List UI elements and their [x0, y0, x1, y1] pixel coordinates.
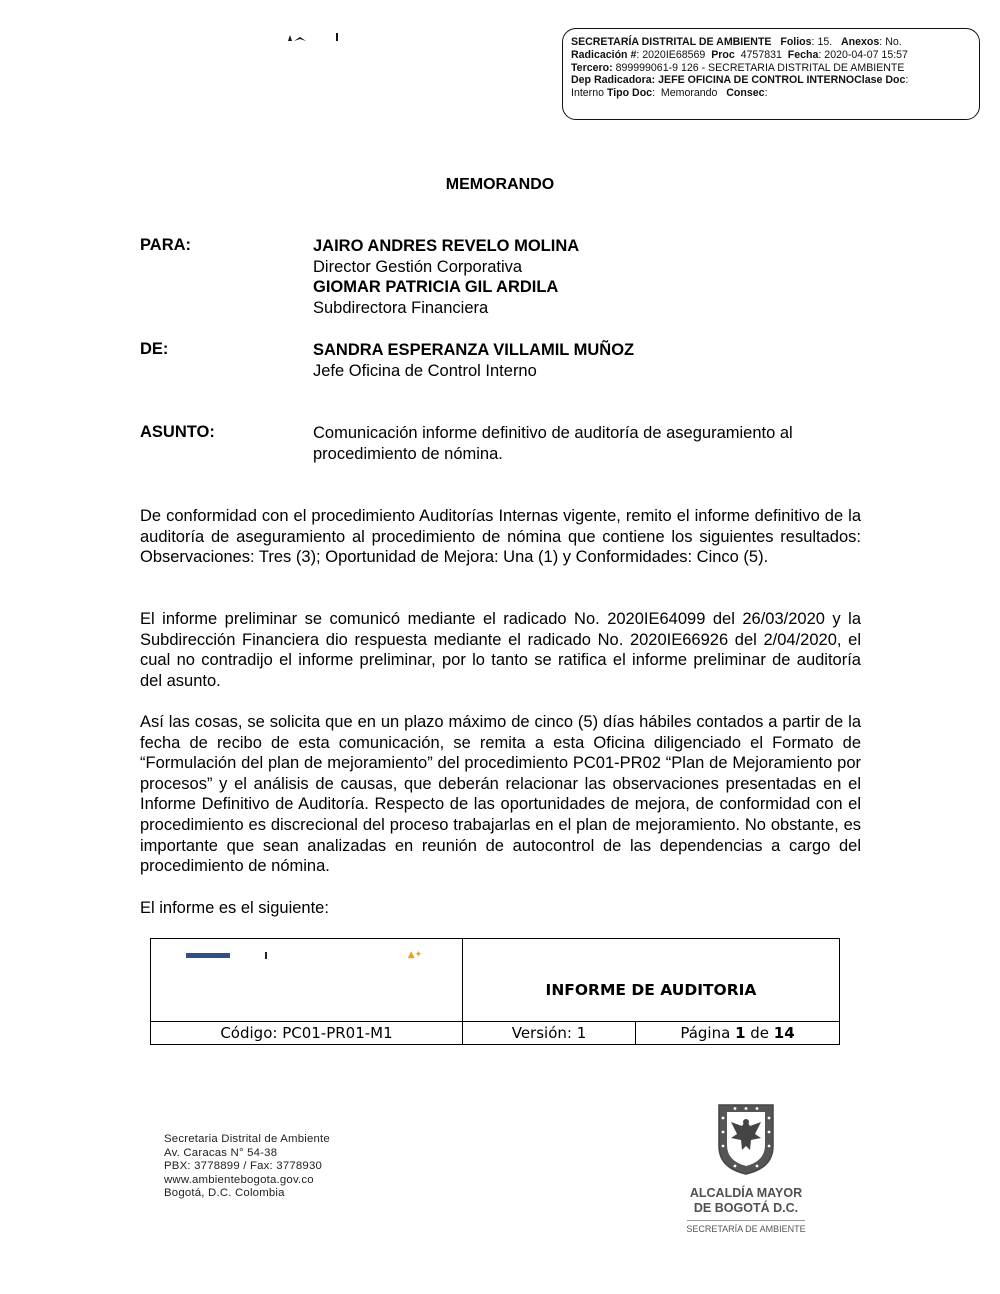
- stamp-fecha-value: 2020-04-07 15:57: [824, 49, 908, 61]
- memo-title: MEMORANDO: [0, 176, 1000, 194]
- logo-line-1: ALCALDÍA MAYOR DE BOGOTÁ D.C.: [676, 1186, 816, 1216]
- stamp-fecha-label: Fecha: [788, 49, 819, 61]
- footer-address-line: Bogotá, D.C. Colombia: [164, 1187, 330, 1201]
- recipient-role: Director Gestión Corporativa: [313, 257, 579, 278]
- sender-name: SANDRA ESPERANZA VILLAMIL MUÑOZ: [313, 340, 634, 361]
- stamp-dep-value: JEFE OFICINA DE CONTROL INTERNO: [658, 74, 854, 86]
- report-logo-gold-icon: ▲✦: [405, 952, 425, 959]
- logo-secretaria-text: SECRETARÍA DE AMBIENTE: [676, 1224, 816, 1234]
- asunto-text: Comunicación informe definitivo de audit…: [313, 423, 853, 464]
- de-label: DE:: [140, 340, 168, 359]
- stamp-folios-value: 15.: [817, 36, 832, 48]
- alcaldia-logo: ALCALDÍA MAYOR DE BOGOTÁ D.C. SECRETARÍA…: [676, 1102, 816, 1234]
- stamp-clase-label: Clase Doc: [854, 74, 905, 86]
- stamp-tipo-label: Tipo Doc: [607, 87, 652, 99]
- logo-divider: [687, 1220, 805, 1221]
- stamp-anexos-value: No.: [885, 36, 902, 48]
- stamp-consec-label: Consec: [726, 87, 764, 99]
- stamp-tercero-value: 899999061-9 126 - SECRETARIA DISTRITAL D…: [616, 62, 905, 74]
- pagina-total: 14: [774, 1024, 795, 1042]
- footer-address-line: Secretaria Distrital de Ambiente: [164, 1133, 330, 1147]
- stamp-proc-value: 4757831: [741, 49, 782, 61]
- asunto-label: ASUNTO:: [140, 423, 215, 442]
- footer-address-line: PBX: 3778899 / Fax: 3778930: [164, 1160, 330, 1174]
- recipient-name: JAIRO ANDRES REVELO MOLINA: [313, 236, 579, 257]
- stamp-folios-label: Folios: [780, 36, 811, 48]
- stamp-anexos-label: Anexos: [841, 36, 879, 48]
- pagina-current: 1: [735, 1024, 745, 1042]
- stamp-proc-label: Proc: [711, 49, 735, 61]
- pagina-mid: de: [746, 1024, 774, 1042]
- stamp-radicacion-label: Radicación #: [571, 49, 636, 61]
- report-logo-bar-icon: [265, 952, 267, 959]
- report-header-table: ▲✦ INFORME DE AUDITORIA Código: PC01-PR0…: [150, 938, 840, 1045]
- recipients-block: JAIRO ANDRES REVELO MOLINA Director Gest…: [313, 236, 579, 318]
- report-title: INFORME DE AUDITORIA: [463, 939, 840, 1022]
- stamp-clase-value: Interno: [571, 87, 604, 99]
- report-pagina: Página 1 de 14: [636, 1022, 840, 1045]
- para-label: PARA:: [140, 236, 191, 255]
- report-logo-cell: ▲✦: [151, 939, 463, 1022]
- footer-address-line: www.ambientebogota.gov.co: [164, 1174, 330, 1188]
- logo-bogota-text: DE BOGOTÁ D.C.: [676, 1201, 816, 1216]
- footer-address-line: Av. Caracas N° 54-38: [164, 1147, 330, 1161]
- body-paragraph: De conformidad con el procedimiento Audi…: [140, 506, 861, 568]
- stamp-org: SECRETARÍA DISTRITAL DE AMBIENTE: [571, 36, 772, 48]
- body-paragraph: El informe preliminar se comunicó median…: [140, 609, 861, 691]
- logo-alcaldia-text: ALCALDÍA MAYOR: [676, 1186, 816, 1201]
- stamp-tipo-value: Memorando: [661, 87, 718, 99]
- report-version: Versión: 1: [463, 1022, 636, 1045]
- sender-role: Jefe Oficina de Control Interno: [313, 361, 634, 382]
- stamp-dep-label: Dep Radicadora:: [571, 74, 655, 86]
- partial-logo-fragment-icon: [286, 32, 346, 42]
- coat-of-arms-shield-icon: [715, 1102, 777, 1176]
- radication-stamp: SECRETARÍA DISTRITAL DE AMBIENTE Folios:…: [562, 28, 980, 120]
- pagina-prefix: Página: [680, 1024, 735, 1042]
- body-paragraph: El informe es el siguiente:: [140, 898, 861, 919]
- report-codigo: Código: PC01-PR01-M1: [151, 1022, 463, 1045]
- sender-block: SANDRA ESPERANZA VILLAMIL MUÑOZ Jefe Ofi…: [313, 340, 634, 381]
- footer-address: Secretaria Distrital de Ambiente Av. Car…: [164, 1133, 330, 1201]
- recipient-name: GIOMAR PATRICIA GIL ARDILA: [313, 277, 579, 298]
- stamp-radicacion-value: 2020IE68569: [642, 49, 705, 61]
- report-logo-blue-icon: [186, 953, 230, 958]
- recipient-role: Subdirectora Financiera: [313, 298, 579, 319]
- stamp-tercero-label: Tercero:: [571, 62, 613, 74]
- body-paragraph: Así las cosas, se solicita que en un pla…: [140, 712, 861, 877]
